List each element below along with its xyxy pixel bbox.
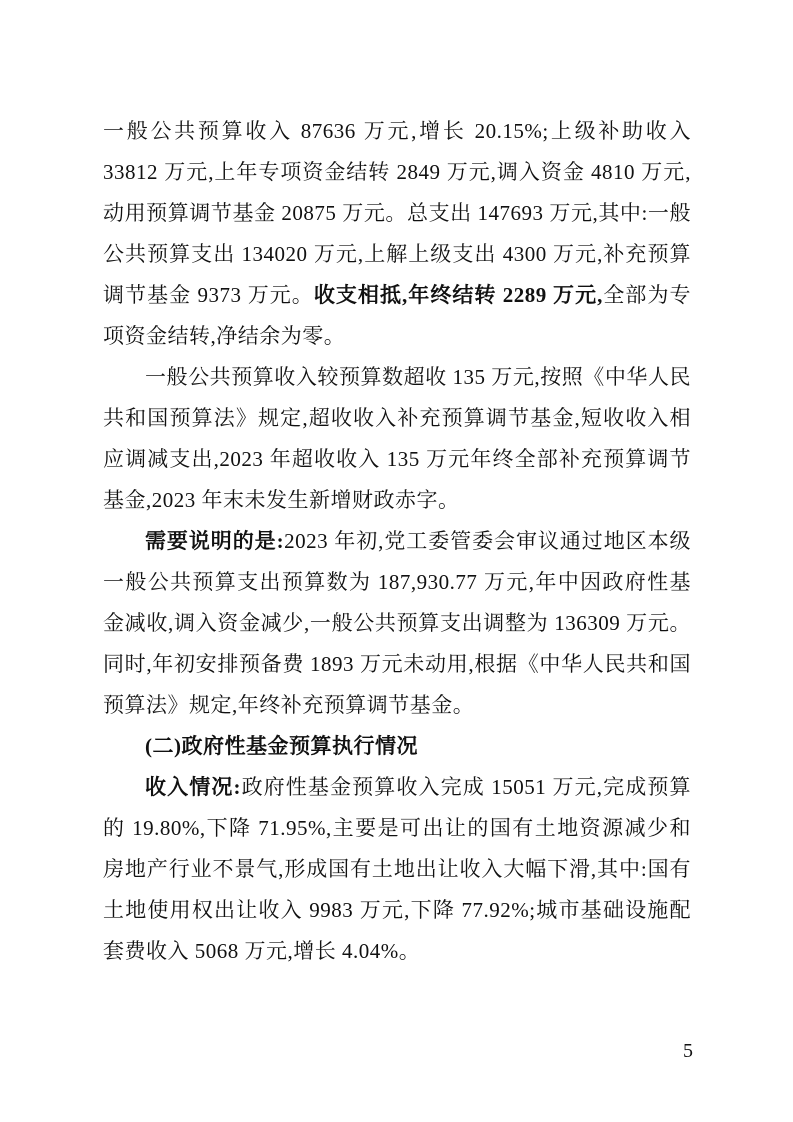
text-run-bold-yearend-carryover: 收支相抵,年终结转 2289 万元, (314, 283, 603, 307)
text-run-bold-revenue-lead: 收入情况: (145, 775, 241, 799)
paragraph-notes-explanation: 需要说明的是:2023 年初,党工委管委会审议通过地区本级一般公共预算支出预算数… (103, 521, 691, 726)
text-run: 一般公共预算收入 87636 万元,增长 20.15%;上级补助收入 33812… (103, 119, 691, 307)
paragraph-budget-execution-summary: 一般公共预算收入 87636 万元,增长 20.15%;上级补助收入 33812… (103, 111, 691, 357)
paragraph-surplus-revenue-explanation: 一般公共预算收入较预算数超收 135 万元,按照《中华人民共和国预算法》规定,超… (103, 357, 691, 521)
document-page: 一般公共预算收入 87636 万元,增长 20.15%;上级补助收入 33812… (0, 0, 793, 1122)
paragraph-fund-revenue-situation: 收入情况:政府性基金预算收入完成 15051 万元,完成预算的 19.80%,下… (103, 767, 691, 972)
text-run-bold-notes-lead: 需要说明的是: (145, 529, 284, 553)
page-body: 一般公共预算收入 87636 万元,增长 20.15%;上级补助收入 33812… (103, 111, 691, 972)
text-run: 政府性基金预算收入完成 15051 万元,完成预算的 19.80%,下降 71.… (103, 775, 691, 963)
heading-government-fund-budget-execution: (二)政府性基金预算执行情况 (103, 726, 691, 767)
text-run: 2023 年初,党工委管委会审议通过地区本级一般公共预算支出预算数为 187,9… (103, 529, 691, 717)
footer-page-number: 5 (674, 1036, 702, 1066)
